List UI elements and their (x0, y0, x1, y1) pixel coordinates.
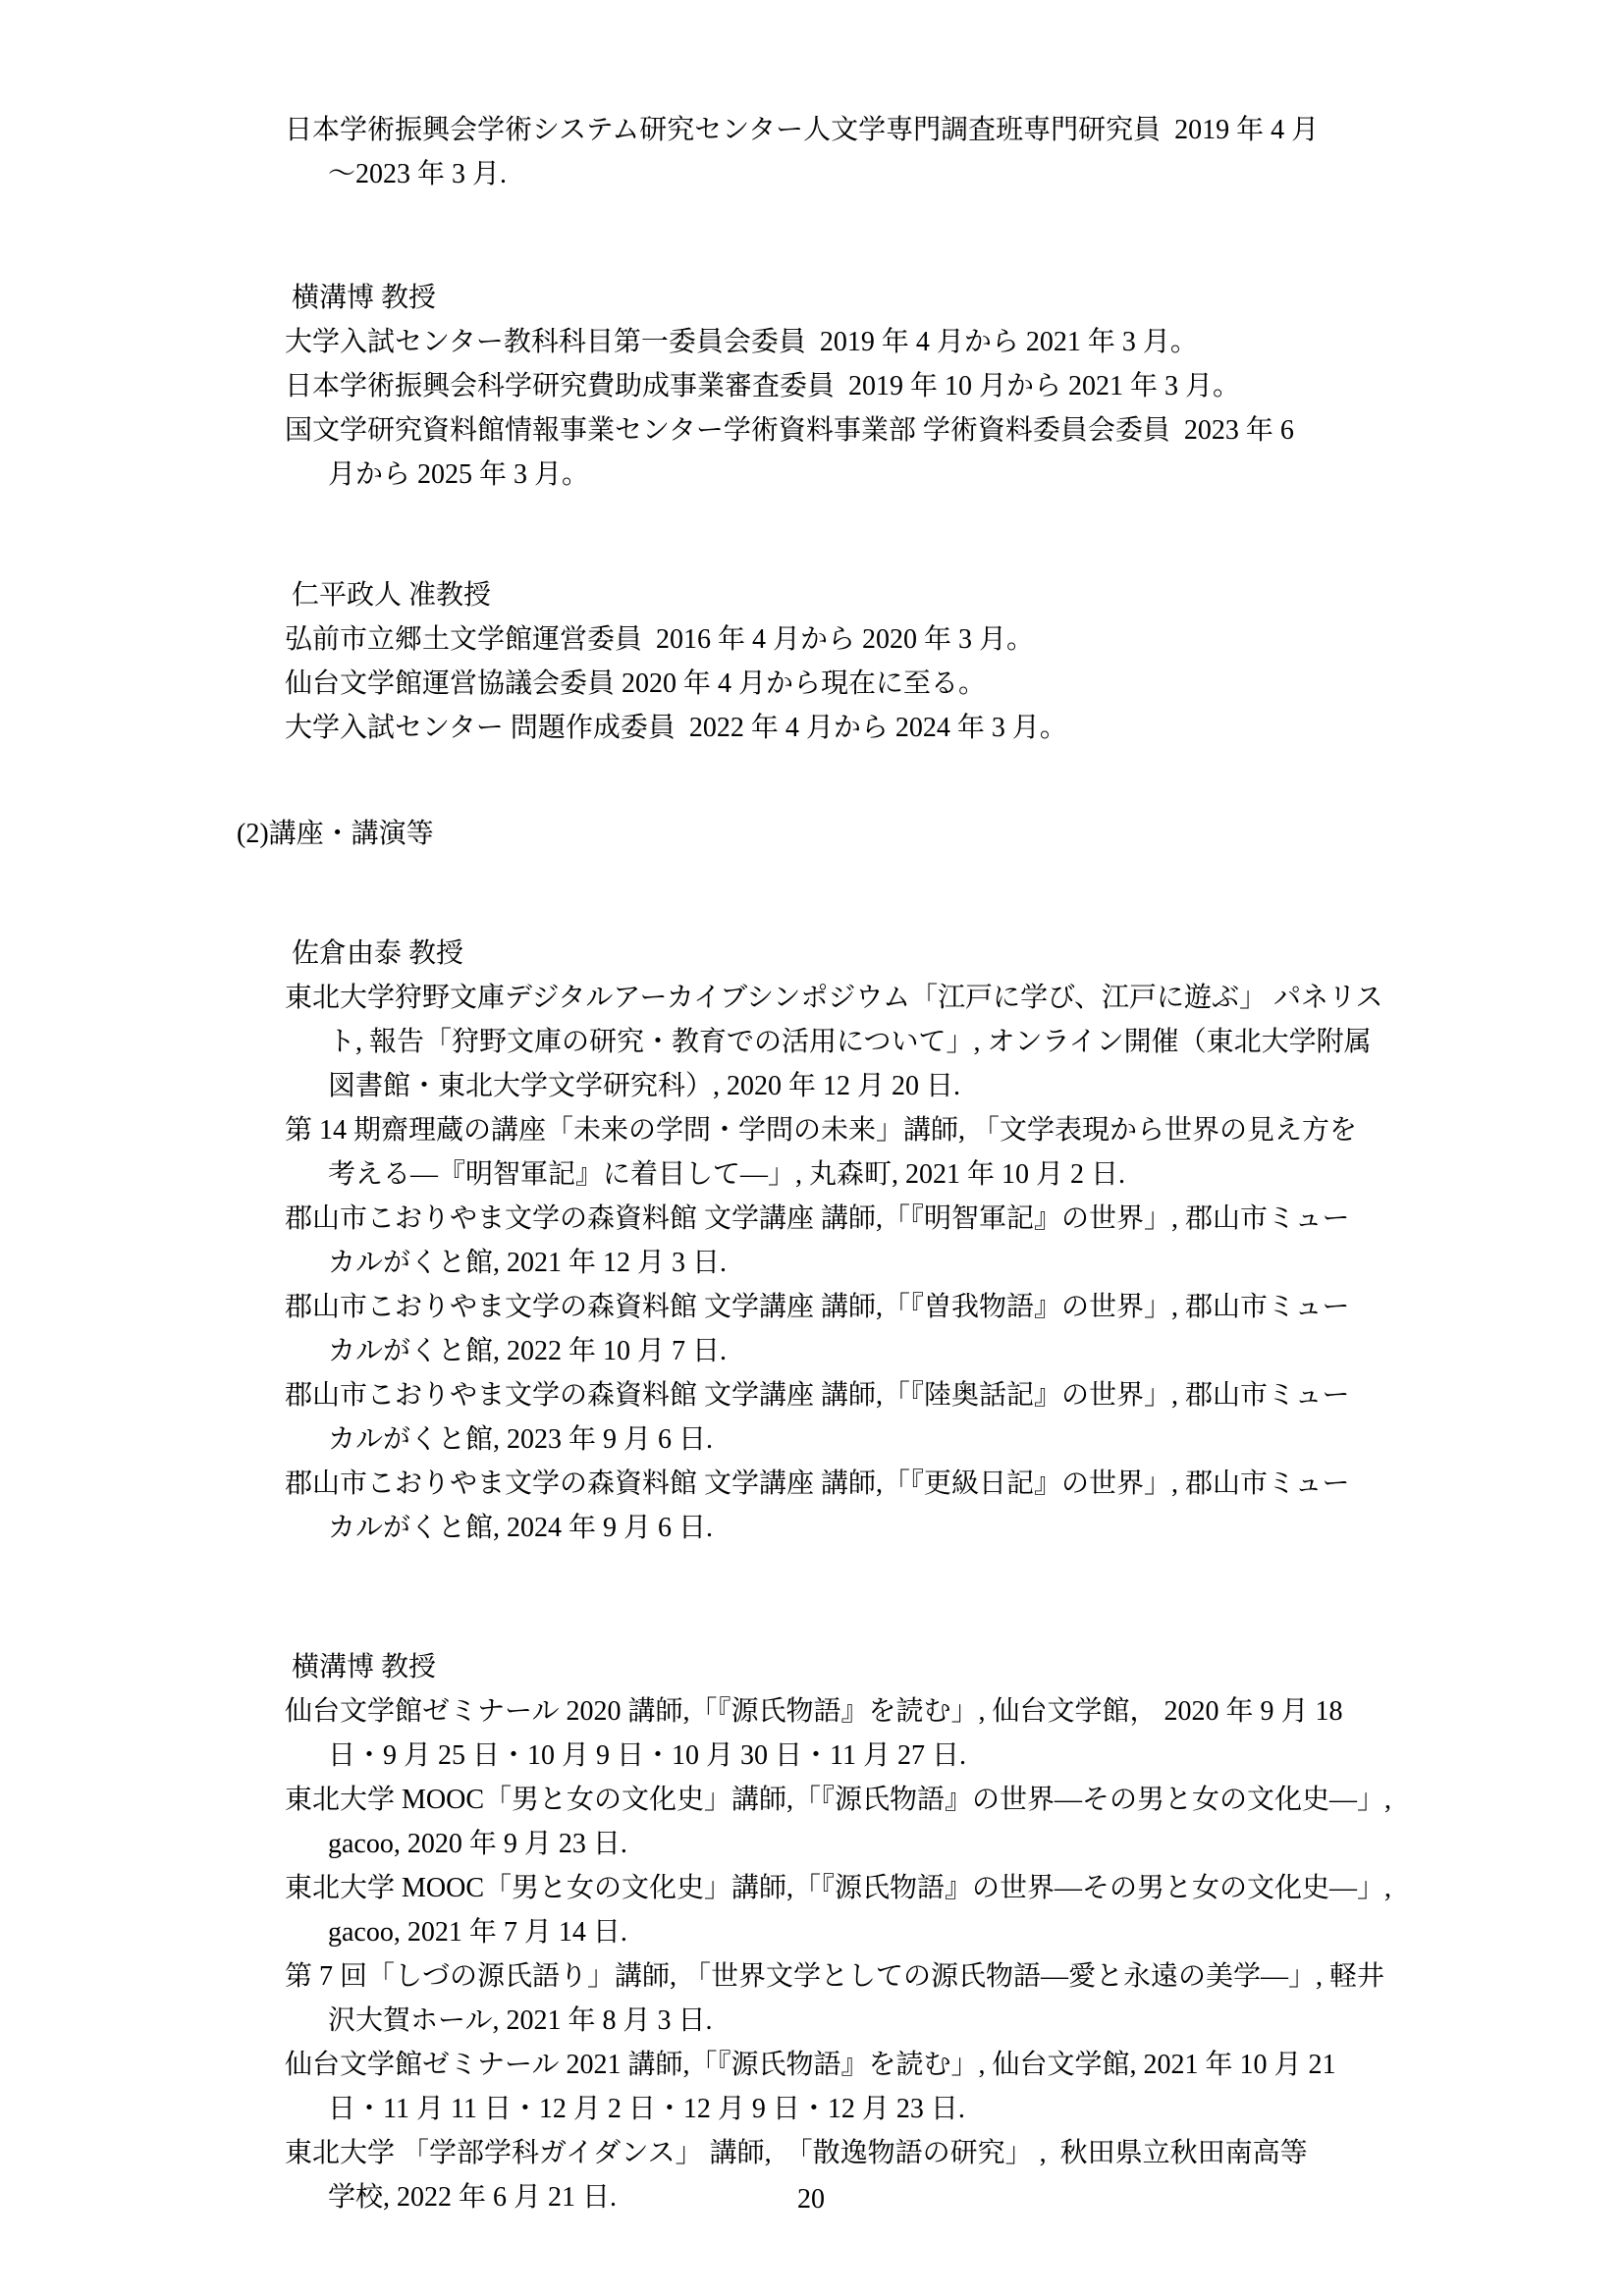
entry-line: 郡山市こおりやま文学の森資料館 文学講座 講師,「『陸奥話記』の世界」, 郡山市… (285, 1373, 1394, 1417)
entry-line: カルがくと館, 2024 年 9 月 6 日. (285, 1506, 1394, 1550)
professor-name: 仁平政人 准教授 (285, 573, 1394, 617)
page-footer: 20 (285, 2177, 1337, 2221)
entry-line: 第 7 回「しづの源氏語り」講師, 「世界文学としての源氏物語―愛と永遠の美学―… (285, 1954, 1394, 1999)
entry-line: 日本学術振興会科学研究費助成事業審査委員 2019 年 10 月から 2021 … (285, 364, 1394, 408)
entry-line: 東北大学 MOOC「男と女の文化史」講師,「『源氏物語』の世界―その男と女の文化… (285, 1778, 1394, 1822)
entry-line: 日・11 月 11 日・12 月 2 日・12 月 9 日・12 月 23 日. (285, 2087, 1394, 2131)
entry-line: 東北大学狩野文庫デジタルアーカイブシンポジウム「江戸に学び、江戸に遊ぶ」 パネリ… (285, 976, 1394, 1020)
professor-name: 横溝博 教授 (285, 1645, 1394, 1689)
entry-line: 弘前市立郷土文学館運営委員 2016 年 4 月から 2020 年 3 月。 (285, 617, 1394, 662)
entry-group: 横溝博 教授大学入試センター教科科目第一委員会委員 2019 年 4 月から 2… (285, 276, 1394, 497)
entry-line: 仙台文学館ゼミナール 2020 講師,「『源氏物語』を読む」, 仙台文学館， 2… (285, 1689, 1394, 1734)
entry-line: ～2023 年 3 月. (285, 152, 1394, 196)
entry-line: 日本学術振興会学術システム研究センター人文学専門調査班専門研究員 2019 年 … (285, 108, 1394, 152)
entry-line: 第 14 期齋理蔵の講座「未来の学問・学問の未来」講師, 「文学表現から世界の見… (285, 1108, 1394, 1152)
entry-line: gacoo, 2020 年 9 月 23 日. (285, 1822, 1394, 1866)
professor-name: 佐倉由泰 教授 (285, 932, 1394, 976)
entry-line: 大学入試センター 問題作成委員 2022 年 4 月から 2024 年 3 月。 (285, 706, 1394, 750)
entry-line: カルがくと館, 2022 年 10 月 7 日. (285, 1329, 1394, 1373)
professor-name: 横溝博 教授 (285, 276, 1394, 320)
entry-line: 郡山市こおりやま文学の森資料館 文学講座 講師,「『明智軍記』の世界」, 郡山市… (285, 1197, 1394, 1241)
entry-group: 佐倉由泰 教授東北大学狩野文庫デジタルアーカイブシンポジウム「江戸に学び、江戸に… (285, 932, 1394, 1550)
entry-line: 国文学研究資料館情報事業センター学術資料事業部 学術資料委員会委員 2023 年… (285, 408, 1394, 453)
entry-group: 仁平政人 准教授弘前市立郷土文学館運営委員 2016 年 4 月から 2020 … (285, 573, 1394, 750)
entry-line: 沢大賀ホール, 2021 年 8 月 3 日. (285, 1999, 1394, 2043)
entry-group: 横溝博 教授仙台文学館ゼミナール 2020 講師,「『源氏物語』を読む」, 仙台… (285, 1645, 1394, 2219)
entry-line: ト, 報告「狩野文庫の研究・教育での活用について」, オンライン開催（東北大学附… (285, 1020, 1394, 1064)
document-page: 日本学術振興会学術システム研究センター人文学専門調査班専門研究員 2019 年 … (0, 0, 1624, 2296)
entry-line: 考える―『明智軍記』に着目して―」, 丸森町, 2021 年 10 月 2 日. (285, 1152, 1394, 1197)
entry-line: 日・9 月 25 日・10 月 9 日・10 月 30 日・11 月 27 日. (285, 1734, 1394, 1778)
entry-line: 図書館・東北大学文学研究科）, 2020 年 12 月 20 日. (285, 1064, 1394, 1108)
entry-line: 大学入試センター教科科目第一委員会委員 2019 年 4 月から 2021 年 … (285, 320, 1394, 364)
entry-line: カルがくと館, 2023 年 9 月 6 日. (285, 1417, 1394, 1462)
entry-group: 日本学術振興会学術システム研究センター人文学専門調査班専門研究員 2019 年 … (285, 108, 1394, 196)
entry-line: 仙台文学館ゼミナール 2021 講師,「『源氏物語』を読む」, 仙台文学館, 2… (285, 2043, 1394, 2087)
page-number: 20 (797, 2184, 825, 2215)
entry-line: 月から 2025 年 3 月。 (285, 453, 1394, 497)
entry-line: 東北大学 MOOC「男と女の文化史」講師,「『源氏物語』の世界―その男と女の文化… (285, 1866, 1394, 1910)
entry-line: 仙台文学館運営協議会委員 2020 年 4 月から現在に至る。 (285, 662, 1394, 706)
section-title: (2)講座・講演等 (237, 812, 1394, 856)
section-heading-block: (2)講座・講演等 (285, 812, 1394, 856)
entry-line: 郡山市こおりやま文学の森資料館 文学講座 講師,「『曽我物語』の世界」, 郡山市… (285, 1285, 1394, 1329)
document-body: 日本学術振興会学術システム研究センター人文学専門調査班専門研究員 2019 年 … (285, 108, 1394, 2219)
entry-line: 東北大学 「学部学科ガイダンス」 講師, 「散逸物語の研究」 , 秋田県立秋田南… (285, 2131, 1394, 2175)
entry-line: gacoo, 2021 年 7 月 14 日. (285, 1910, 1394, 1954)
entry-line: 郡山市こおりやま文学の森資料館 文学講座 講師,「『更級日記』の世界」, 郡山市… (285, 1462, 1394, 1506)
entry-line: カルがくと館, 2021 年 12 月 3 日. (285, 1241, 1394, 1285)
